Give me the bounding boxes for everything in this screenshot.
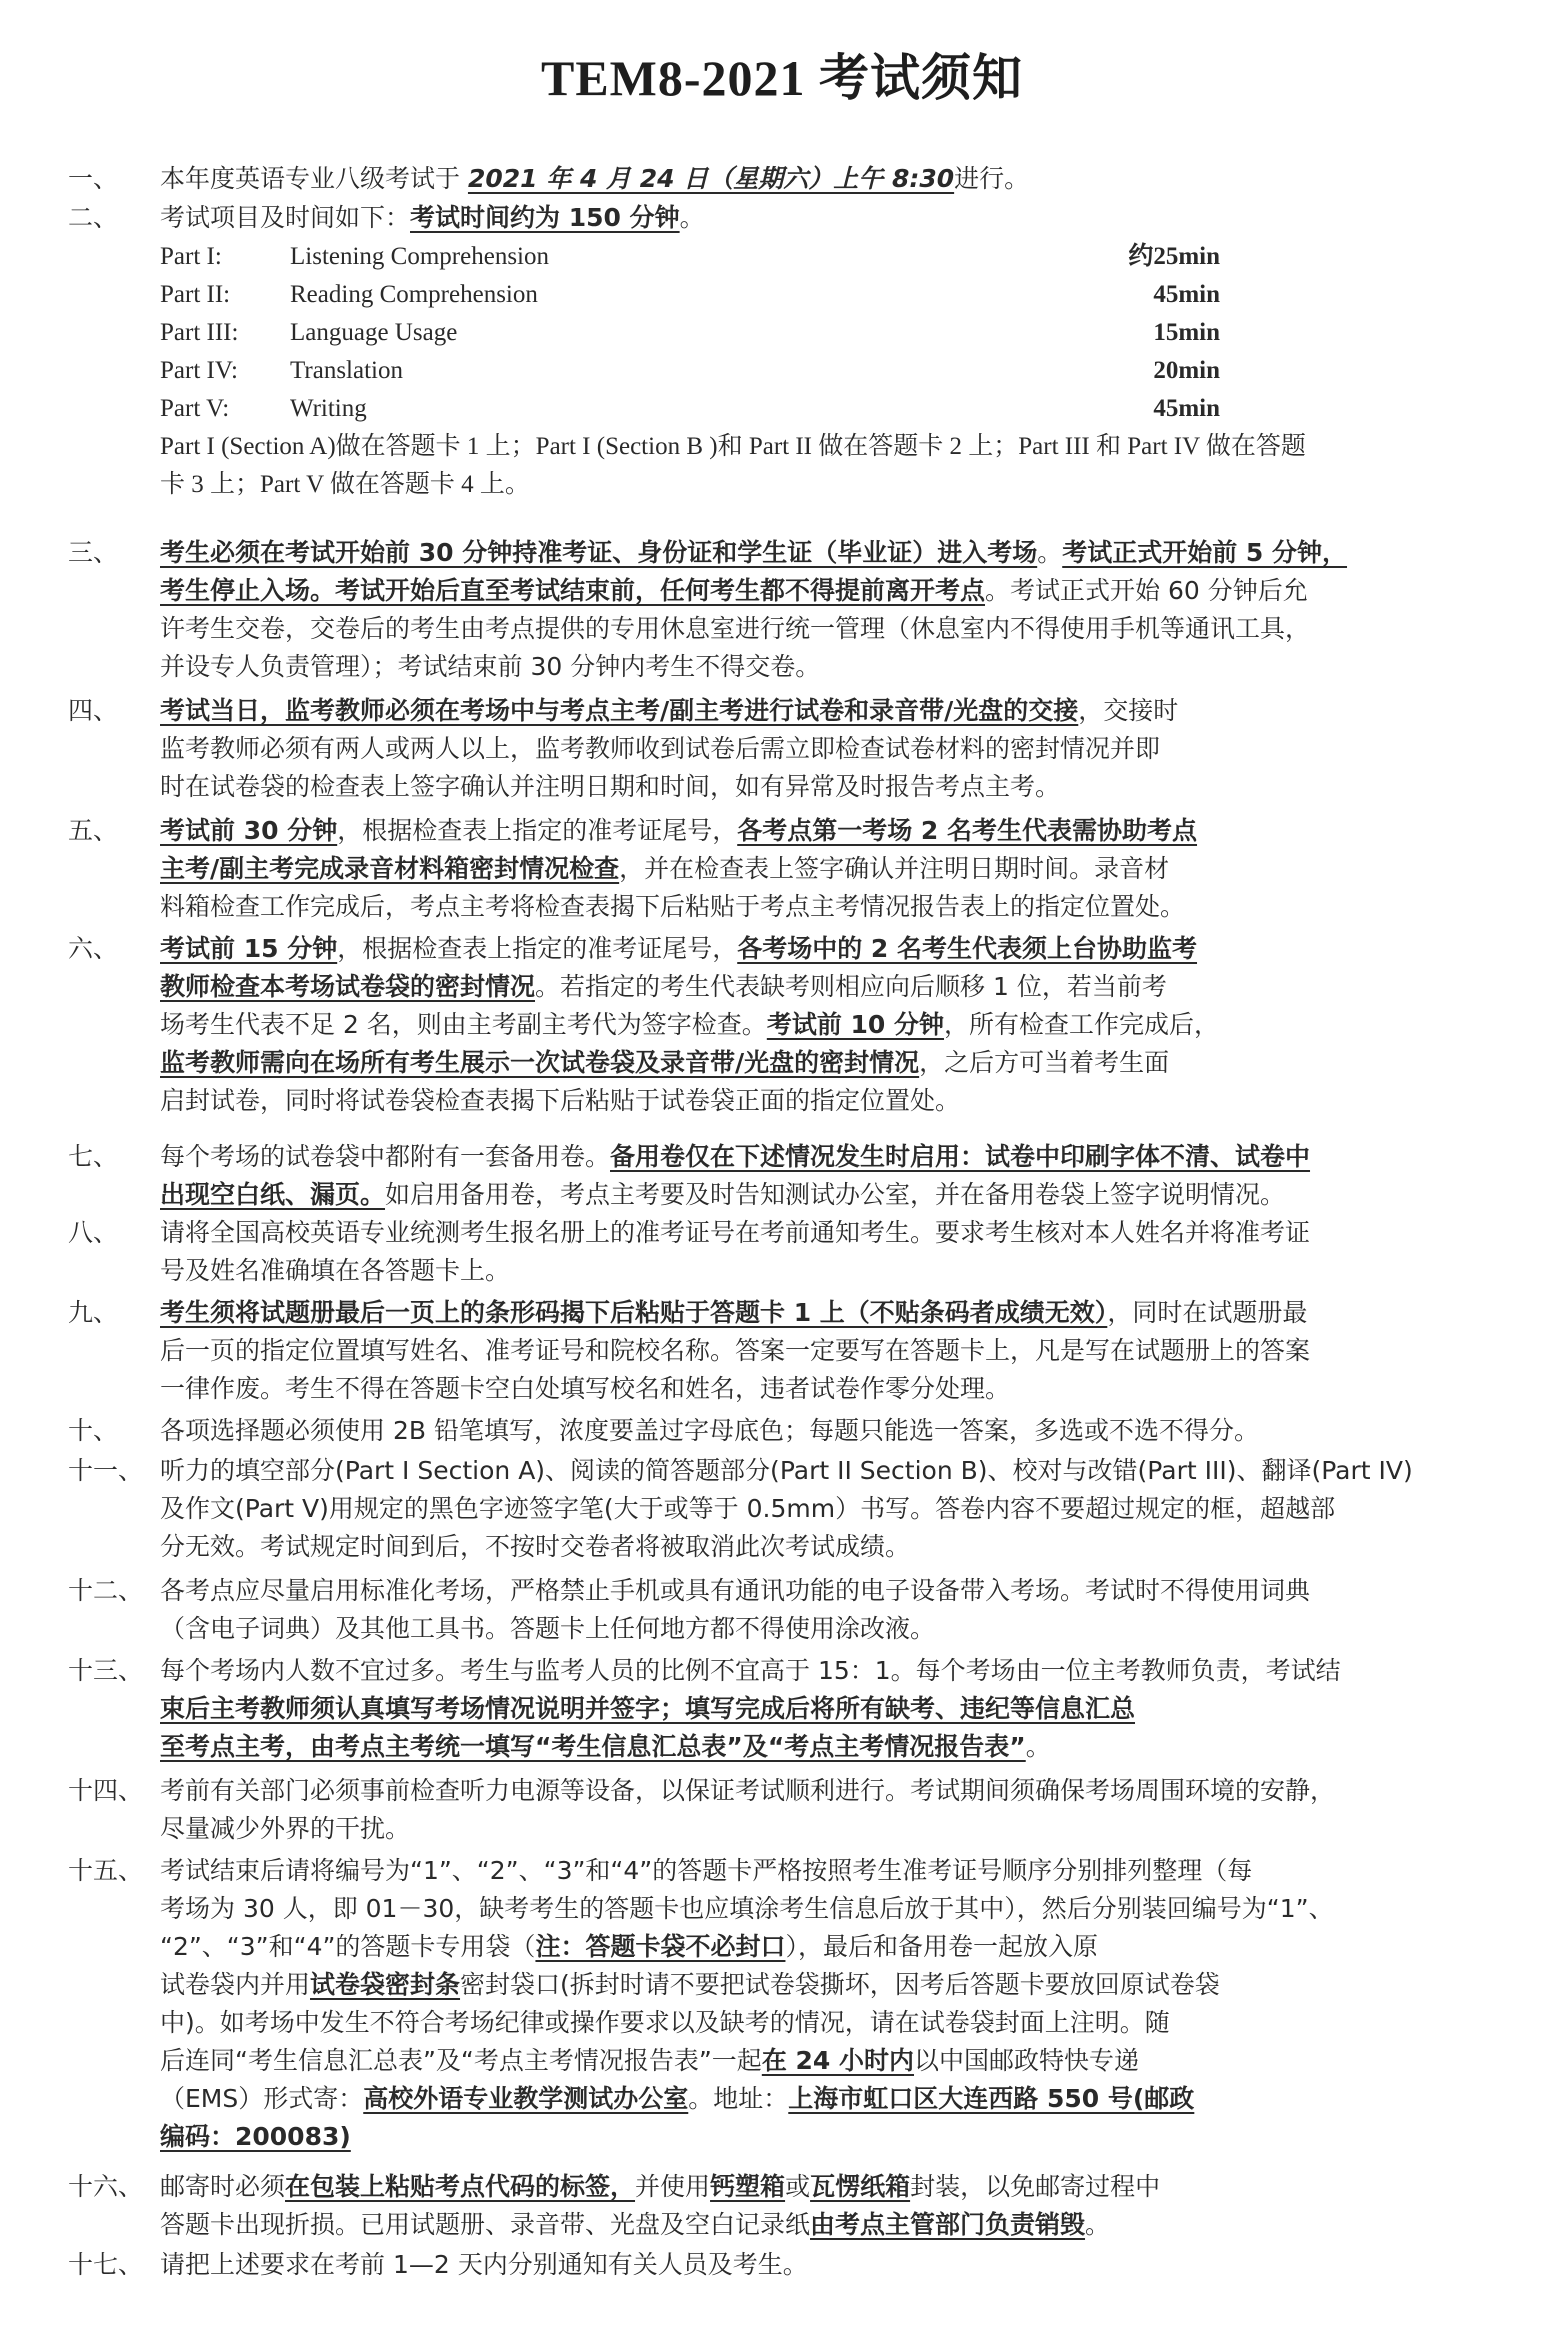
text-segment: 。: [1037, 538, 1062, 567]
part-row: Part IV:Translation20min: [160, 352, 1220, 390]
text-segment: 考试结束后请将编号为“1”、“2”、“3”和“4”的答题卡严格按照考生准考证号顺…: [160, 1856, 1252, 1885]
emphasized-text: 上海市虹口区大连西路 550 号(邮政: [788, 2084, 1194, 2113]
document-page: TEM8-2021 考试须知 一、本年度英语专业八级考试于 2021 年 4 月…: [0, 0, 1564, 2328]
emphasized-text: 钙塑箱: [710, 2172, 785, 2201]
text-segment: 尽量减少外界的干扰。: [160, 1814, 410, 1843]
item-body: 听力的填空部分(Part I Section A)、阅读的简答题部分(Part …: [160, 1452, 1508, 1566]
emphasized-text: 考生须将试题册最后一页上的条形码揭下后粘贴于答题卡 1 上（不贴条码者成绩无效）: [160, 1298, 1107, 1327]
text-segment: 许考生交卷，交卷后的考生由考点提供的专用休息室进行统一管理（休息室内不得使用手机…: [160, 614, 1310, 643]
text-segment: 。考试正式开始 60 分钟后允: [985, 576, 1308, 605]
text-segment: 并使用: [635, 2172, 710, 2201]
emphasized-text: 由考点主管部门负责销毁: [810, 2210, 1085, 2239]
text-segment: 号及姓名准确填在各答题卡上。: [160, 1256, 510, 1285]
text-segment: 进行。: [954, 164, 1029, 193]
text-segment: 启封试卷，同时将试卷袋检查表揭下后粘贴于试卷袋正面的指定位置处。: [160, 1086, 960, 1115]
text-segment: 答题卡出现折损。已用试题册、录音带、光盘及空白记录纸: [160, 2210, 810, 2239]
text-segment: 后一页的指定位置填写姓名、准考证号和院校名称。答案一定要写在答题卡上，凡是写在试…: [160, 1336, 1310, 1365]
text-line: 考试前 15 分钟，根据检查表上指定的准考证尾号，各考场中的 2 名考生代表须上…: [160, 930, 1508, 968]
notice-item: 十六、邮寄时必须在包装上粘贴考点代码的标签，并使用钙塑箱或瓦愣纸箱封装，以免邮寄…: [68, 2168, 1508, 2244]
text-line: 考试结束后请将编号为“1”、“2”、“3”和“4”的答题卡严格按照考生准考证号顺…: [160, 1852, 1508, 1890]
text-line: 各考点应尽量启用标准化考场，严格禁止手机或具有通讯功能的电子设备带入考场。考试时…: [160, 1572, 1508, 1610]
text-line: 监考教师需向在场所有考生展示一次试卷袋及录音带/光盘的密封情况，之后方可当着考生…: [160, 1044, 1508, 1082]
item-body: 邮寄时必须在包装上粘贴考点代码的标签，并使用钙塑箱或瓦愣纸箱封装，以免邮寄过程中…: [160, 2168, 1508, 2244]
text-segment: ），最后和备用卷一起放入原: [785, 1932, 1098, 1961]
text-segment: ，交接时: [1078, 696, 1178, 725]
notice-item: 一、本年度英语专业八级考试于 2021 年 4 月 24 日（星期六）上午 8:…: [68, 160, 1508, 198]
notice-item: 十一、听力的填空部分(Part I Section A)、阅读的简答题部分(Pa…: [68, 1452, 1508, 1566]
text-segment: ，同时在试题册最: [1107, 1298, 1307, 1327]
parts-table: Part I:Listening Comprehension约25minPart…: [160, 238, 1220, 428]
page-title: TEM8-2021 考试须知: [0, 38, 1564, 110]
text-segment: 各考点应尽量启用标准化考场，严格禁止手机或具有通讯功能的电子设备带入考场。考试时…: [160, 1576, 1310, 1605]
text-segment: 中)。如考场中发生不符合考场纪律或操作要求以及缺考的情况，请在试卷袋封面上注明。…: [160, 2008, 1170, 2037]
text-line: 邮寄时必须在包装上粘贴考点代码的标签，并使用钙塑箱或瓦愣纸箱封装，以免邮寄过程中: [160, 2168, 1508, 2206]
text-line: 许考生交卷，交卷后的考生由考点提供的专用休息室进行统一管理（休息室内不得使用手机…: [160, 610, 1508, 648]
text-segment: 考试项目及时间如下：: [160, 203, 410, 232]
text-line: 后一页的指定位置填写姓名、准考证号和院校名称。答案一定要写在答题卡上，凡是写在试…: [160, 1332, 1508, 1370]
item-body: 考试当日，监考教师必须在考场中与考点主考/副主考进行试卷和录音带/光盘的交接，交…: [160, 692, 1508, 806]
emphasized-text: 高校外语专业教学测试办公室: [363, 2084, 688, 2113]
text-segment: 。若指定的考生代表缺考则相应向后顺移 1 位，若当前考: [535, 972, 1167, 1001]
emphasized-text: 编码：200083): [160, 2122, 351, 2151]
item-number: 六、: [68, 930, 160, 968]
text-line: 至考点主考，由考点主考统一填写“考生信息汇总表”及“考点主考情况报告表”。: [160, 1728, 1508, 1766]
text-segment: ，所有检查工作完成后，: [944, 1010, 1219, 1039]
emphasized-text: 考试当日，监考教师必须在考场中与考点主考/副主考进行试卷和录音带/光盘的交接: [160, 696, 1078, 725]
text-segment: 邮寄时必须: [160, 2172, 285, 2201]
emphasized-text: 教师检查本考场试卷袋的密封情况: [160, 972, 535, 1001]
text-line: 考试当日，监考教师必须在考场中与考点主考/副主考进行试卷和录音带/光盘的交接，交…: [160, 692, 1508, 730]
text-line: 出现空白纸、漏页。如启用备用卷，考点主考要及时告知测试办公室，并在备用卷袋上签字…: [160, 1176, 1508, 1214]
notice-item: 五、考试前 30 分钟，根据检查表上指定的准考证尾号，各考点第一考场 2 名考生…: [68, 812, 1508, 926]
emphasized-text: 在包装上粘贴考点代码的标签，: [285, 2172, 635, 2201]
item-body: 考试结束后请将编号为“1”、“2”、“3”和“4”的答题卡严格按照考生准考证号顺…: [160, 1852, 1508, 2156]
part-label: Part I:: [160, 238, 222, 276]
text-segment: ，之后方可当着考生面: [919, 1048, 1169, 1077]
emphasized-text: 考试前 30 分钟: [160, 816, 337, 845]
text-line: 答题卡出现折损。已用试题册、录音带、光盘及空白记录纸由考点主管部门负责销毁。: [160, 2206, 1508, 2244]
part-duration: 15min: [1153, 314, 1220, 352]
text-line: 号及姓名准确填在各答题卡上。: [160, 1252, 1508, 1290]
part-name: Reading Comprehension: [290, 276, 538, 314]
notice-item: 二、考试项目及时间如下：考试时间约为 150 分钟。: [68, 199, 1508, 237]
text-line: 料箱检查工作完成后，考点主考将检查表揭下后粘贴于考点主考情况报告表上的指定位置处…: [160, 888, 1508, 926]
emphasized-text: 备用卷仅在下述情况发生时启用：试卷中印刷字体不清、试卷中: [610, 1142, 1310, 1171]
item-number: 十六、: [68, 2168, 158, 2206]
item-number: 十三、: [68, 1652, 158, 1690]
emphasized-text: 2021 年 4 月 24 日（星期六）上午 8:30: [468, 164, 954, 193]
emphasized-text: 束后主考教师须认真填写考场情况说明并签字；填写完成后将所有缺考、违纪等信息汇总: [160, 1694, 1135, 1723]
emphasized-text: 考试前 10 分钟: [767, 1010, 944, 1039]
text-line: 每个考场内人数不宜过多。考生与监考人员的比例不宜高于 15：1。每个考场由一位主…: [160, 1652, 1508, 1690]
text-segment: ，根据检查表上指定的准考证尾号，: [337, 934, 737, 963]
part-label: Part II:: [160, 276, 230, 314]
item-body: 本年度英语专业八级考试于 2021 年 4 月 24 日（星期六）上午 8:30…: [160, 160, 1508, 198]
emphasized-text: 各考场中的 2 名考生代表须上台协助监考: [737, 934, 1197, 963]
emphasized-text: 各考点第一考场 2 名考生代表需协助考点: [737, 816, 1197, 845]
emphasized-text: 至考点主考，由考点主考统一填写“考生信息汇总表”及“考点主考情况报告表”: [160, 1732, 1026, 1761]
item-number: 二、: [68, 199, 160, 237]
item-body: 考前有关部门必须事前检查听力电源等设备，以保证考试顺利进行。考试期间须确保考场周…: [160, 1772, 1508, 1848]
notice-item: 十、各项选择题必须使用 2B 铅笔填写，浓度要盖过字母底色；每题只能选一答案，多…: [68, 1412, 1508, 1450]
text-line: 考试项目及时间如下：考试时间约为 150 分钟。: [160, 199, 1508, 237]
item-number: 十、: [68, 1412, 160, 1450]
item-body: 请把上述要求在考前 1—2 天内分别通知有关人员及考生。: [160, 2246, 1508, 2284]
text-segment: 。: [1085, 2210, 1110, 2239]
text-segment: 时在试卷袋的检查表上签字确认并注明日期和时间，如有异常及时报告考点主考。: [160, 772, 1060, 801]
text-line: 每个考场的试卷袋中都附有一套备用卷。备用卷仅在下述情况发生时启用：试卷中印刷字体…: [160, 1138, 1508, 1176]
text-segment: 听力的填空部分(Part I Section A)、阅读的简答题部分(Part …: [160, 1456, 1413, 1485]
item-body: 考试前 30 分钟，根据检查表上指定的准考证尾号，各考点第一考场 2 名考生代表…: [160, 812, 1508, 926]
text-line: 考场为 30 人，即 01－30，缺考考生的答题卡也应填涂考生信息后放于其中），…: [160, 1890, 1508, 1928]
item-number: 七、: [68, 1138, 160, 1176]
part-row: Part III:Language Usage15min: [160, 314, 1220, 352]
text-segment: 请将全国高校英语专业统测考生报名册上的准考证号在考前通知考生。要求考生核对本人姓…: [160, 1218, 1310, 1247]
text-line: 分无效。考试规定时间到后，不按时交卷者将被取消此次考试成绩。: [160, 1528, 1508, 1566]
part-row: Part V:Writing45min: [160, 390, 1220, 428]
part-duration: 20min: [1153, 352, 1220, 390]
text-segment: 场考生代表不足 2 名，则由主考副主考代为签字检查。: [160, 1010, 767, 1039]
text-line: 一律作废。考生不得在答题卡空白处填写校名和姓名，违者试卷作零分处理。: [160, 1370, 1508, 1408]
text-segment: 及作文(Part V)用规定的黑色字迹签字笔(大于或等于 0.5mm）书写。答卷…: [160, 1494, 1335, 1523]
text-segment: 。地址：: [688, 2084, 788, 2113]
text-segment: 各项选择题必须使用 2B 铅笔填写，浓度要盖过字母底色；每题只能选一答案，多选或…: [160, 1416, 1259, 1445]
text-segment: ，并在检查表上签字确认并注明日期时间。录音材: [619, 854, 1169, 883]
text-line: 束后主考教师须认真填写考场情况说明并签字；填写完成后将所有缺考、违纪等信息汇总: [160, 1690, 1508, 1728]
part-label: Part V:: [160, 390, 229, 428]
text-line: 场考生代表不足 2 名，则由主考副主考代为签字检查。考试前 10 分钟，所有检查…: [160, 1006, 1508, 1044]
emphasized-text: 出现空白纸、漏页。: [160, 1180, 385, 1209]
text-line: 考生必须在考试开始前 30 分钟持准考证、身份证和学生证（毕业证）进入考场。考试…: [160, 534, 1508, 572]
text-line: 听力的填空部分(Part I Section A)、阅读的简答题部分(Part …: [160, 1452, 1508, 1490]
item-number: 十二、: [68, 1572, 158, 1610]
part-duration: 约25min: [1128, 238, 1220, 276]
notice-item: 九、考生须将试题册最后一页上的条形码揭下后粘贴于答题卡 1 上（不贴条码者成绩无…: [68, 1294, 1508, 1408]
text-segment: 本年度英语专业八级考试于: [160, 164, 468, 193]
notice-item: 十七、请把上述要求在考前 1—2 天内分别通知有关人员及考生。: [68, 2246, 1508, 2284]
text-line: （EMS）形式寄：高校外语专业教学测试办公室。地址：上海市虹口区大连西路 550…: [160, 2080, 1508, 2118]
text-line: （含电子词典）及其他工具书。答题卡上任何地方都不得使用涂改液。: [160, 1610, 1508, 1648]
item-body: 每个考场的试卷袋中都附有一套备用卷。备用卷仅在下述情况发生时启用：试卷中印刷字体…: [160, 1138, 1508, 1214]
emphasized-text: 考生必须在考试开始前 30 分钟持准考证、身份证和学生证（毕业证）进入考场: [160, 538, 1037, 567]
text-line: 教师检查本考场试卷袋的密封情况。若指定的考生代表缺考则相应向后顺移 1 位，若当…: [160, 968, 1508, 1006]
item-number: 十一、: [68, 1452, 158, 1490]
text-segment: “2”、“3”和“4”的答题卡专用袋（: [160, 1932, 535, 1961]
part-label: Part IV:: [160, 352, 238, 390]
part-row: Part II:Reading Comprehension45min: [160, 276, 1220, 314]
part-name: Language Usage: [290, 314, 457, 352]
item-body: 每个考场内人数不宜过多。考生与监考人员的比例不宜高于 15：1。每个考场由一位主…: [160, 1652, 1508, 1766]
notice-item: 八、请将全国高校英语专业统测考生报名册上的准考证号在考前通知考生。要求考生核对本…: [68, 1214, 1508, 1290]
text-line: 尽量减少外界的干扰。: [160, 1810, 1508, 1848]
item-body: 各项选择题必须使用 2B 铅笔填写，浓度要盖过字母底色；每题只能选一答案，多选或…: [160, 1412, 1508, 1450]
text-segment: 并设专人负责管理）；考试结束前 30 分钟内考生不得交卷。: [160, 652, 820, 681]
text-segment: 每个考场内人数不宜过多。考生与监考人员的比例不宜高于 15：1。每个考场由一位主…: [160, 1656, 1341, 1685]
item-body: 考试项目及时间如下：考试时间约为 150 分钟。: [160, 199, 1508, 237]
part-duration: 45min: [1153, 276, 1220, 314]
part-name: Writing: [290, 390, 367, 428]
item-number: 十七、: [68, 2246, 158, 2284]
notice-item: 十三、每个考场内人数不宜过多。考生与监考人员的比例不宜高于 15：1。每个考场由…: [68, 1652, 1508, 1766]
item-number: 八、: [68, 1214, 160, 1252]
text-line: 启封试卷，同时将试卷袋检查表揭下后粘贴于试卷袋正面的指定位置处。: [160, 1082, 1508, 1120]
text-segment: ，根据检查表上指定的准考证尾号，: [337, 816, 737, 845]
text-segment: 。: [1026, 1732, 1051, 1761]
text-line: 卡 3 上；Part V 做在答题卡 4 上。: [160, 466, 1510, 504]
text-segment: 分无效。考试规定时间到后，不按时交卷者将被取消此次考试成绩。: [160, 1532, 910, 1561]
item-number: 四、: [68, 692, 160, 730]
item-number: 三、: [68, 534, 160, 572]
text-line: 及作文(Part V)用规定的黑色字迹签字笔(大于或等于 0.5mm）书写。答卷…: [160, 1490, 1508, 1528]
text-segment: 。: [680, 203, 705, 232]
text-segment: 请把上述要求在考前 1—2 天内分别通知有关人员及考生。: [160, 2250, 808, 2279]
part-duration: 45min: [1153, 390, 1220, 428]
text-line: 考生须将试题册最后一页上的条形码揭下后粘贴于答题卡 1 上（不贴条码者成绩无效）…: [160, 1294, 1508, 1332]
text-segment: 或: [785, 2172, 810, 2201]
text-line: 编码：200083): [160, 2118, 1508, 2156]
part-row: Part I:Listening Comprehension约25min: [160, 238, 1220, 276]
text-line: 考前有关部门必须事前检查听力电源等设备，以保证考试顺利进行。考试期间须确保考场周…: [160, 1772, 1508, 1810]
item-body: 考试前 15 分钟，根据检查表上指定的准考证尾号，各考场中的 2 名考生代表须上…: [160, 930, 1508, 1120]
item-body: 考生必须在考试开始前 30 分钟持准考证、身份证和学生证（毕业证）进入考场。考试…: [160, 534, 1508, 686]
text-line: 考试前 30 分钟，根据检查表上指定的准考证尾号，各考点第一考场 2 名考生代表…: [160, 812, 1508, 850]
text-segment: 料箱检查工作完成后，考点主考将检查表揭下后粘贴于考点主考情况报告表上的指定位置处…: [160, 892, 1185, 921]
item-number: 一、: [68, 160, 160, 198]
notice-item: 三、考生必须在考试开始前 30 分钟持准考证、身份证和学生证（毕业证）进入考场。…: [68, 534, 1508, 686]
text-line: 考生停止入场。考试开始后直至考试结束前，任何考生都不得提前离开考点。考试正式开始…: [160, 572, 1508, 610]
item-body: 考生须将试题册最后一页上的条形码揭下后粘贴于答题卡 1 上（不贴条码者成绩无效）…: [160, 1294, 1508, 1408]
text-segment: 以中国邮政特快专递: [914, 2046, 1139, 2075]
item-number: 十五、: [68, 1852, 158, 1890]
part-label: Part III:: [160, 314, 238, 352]
text-segment: 考前有关部门必须事前检查听力电源等设备，以保证考试顺利进行。考试期间须确保考场周…: [160, 1776, 1335, 1805]
item-number: 十四、: [68, 1772, 158, 1810]
notice-item: 十二、各考点应尽量启用标准化考场，严格禁止手机或具有通讯功能的电子设备带入考场。…: [68, 1572, 1508, 1648]
answer-sheet-note: Part I (Section A)做在答题卡 1 上；Part I (Sect…: [160, 428, 1510, 504]
emphasized-text: 监考教师需向在场所有考生展示一次试卷袋及录音带/光盘的密封情况: [160, 1048, 919, 1077]
text-segment: 考场为 30 人，即 01－30，缺考考生的答题卡也应填涂考生信息后放于其中），…: [160, 1894, 1334, 1923]
text-segment: 监考教师必须有两人或两人以上，监考教师收到试卷后需立即检查试卷材料的密封情况并即: [160, 734, 1160, 763]
text-segment: 试卷袋内并用: [160, 1970, 310, 1999]
emphasized-text: 考试时间约为 150 分钟: [410, 203, 680, 232]
text-segment: （EMS）形式寄：: [160, 2084, 363, 2113]
part-name: Listening Comprehension: [290, 238, 549, 276]
notice-item: 十五、考试结束后请将编号为“1”、“2”、“3”和“4”的答题卡严格按照考生准考…: [68, 1852, 1508, 2156]
emphasized-text: 试卷袋密封条: [310, 1970, 460, 1999]
emphasized-text: 考试正式开始前 5 分钟，: [1062, 538, 1347, 567]
text-line: 中)。如考场中发生不符合考场纪律或操作要求以及缺考的情况，请在试卷袋封面上注明。…: [160, 2004, 1508, 2042]
text-line: 监考教师必须有两人或两人以上，监考教师收到试卷后需立即检查试卷材料的密封情况并即: [160, 730, 1508, 768]
text-segment: （含电子词典）及其他工具书。答题卡上任何地方都不得使用涂改液。: [160, 1614, 935, 1643]
text-line: 时在试卷袋的检查表上签字确认并注明日期和时间，如有异常及时报告考点主考。: [160, 768, 1508, 806]
emphasized-text: 主考/副主考完成录音材料箱密封情况检查: [160, 854, 619, 883]
item-body: 请将全国高校英语专业统测考生报名册上的准考证号在考前通知考生。要求考生核对本人姓…: [160, 1214, 1508, 1290]
item-number: 九、: [68, 1294, 160, 1332]
emphasized-text: 在 24 小时内: [762, 2046, 914, 2075]
text-line: “2”、“3”和“4”的答题卡专用袋（注：答题卡袋不必封口），最后和备用卷一起放…: [160, 1928, 1508, 1966]
text-line: 试卷袋内并用试卷袋密封条密封袋口(拆封时请不要把试卷袋撕坏，因考后答题卡要放回原…: [160, 1966, 1508, 2004]
text-line: Part I (Section A)做在答题卡 1 上；Part I (Sect…: [160, 428, 1510, 466]
text-segment: 后连同“考生信息汇总表”及“考点主考情况报告表”一起: [160, 2046, 762, 2075]
emphasized-text: 瓦愣纸箱: [810, 2172, 910, 2201]
text-segment: 密封袋口(拆封时请不要把试卷袋撕坏，因考后答题卡要放回原试卷袋: [460, 1970, 1220, 1999]
text-line: 请将全国高校英语专业统测考生报名册上的准考证号在考前通知考生。要求考生核对本人姓…: [160, 1214, 1508, 1252]
text-line: 请把上述要求在考前 1—2 天内分别通知有关人员及考生。: [160, 2246, 1508, 2284]
text-segment: 每个考场的试卷袋中都附有一套备用卷。: [160, 1142, 610, 1171]
text-line: 各项选择题必须使用 2B 铅笔填写，浓度要盖过字母底色；每题只能选一答案，多选或…: [160, 1412, 1508, 1450]
item-body: 各考点应尽量启用标准化考场，严格禁止手机或具有通讯功能的电子设备带入考场。考试时…: [160, 1572, 1508, 1648]
text-segment: 一律作废。考生不得在答题卡空白处填写校名和姓名，违者试卷作零分处理。: [160, 1374, 1010, 1403]
notice-item: 七、每个考场的试卷袋中都附有一套备用卷。备用卷仅在下述情况发生时启用：试卷中印刷…: [68, 1138, 1508, 1214]
emphasized-text: 考试前 15 分钟: [160, 934, 337, 963]
item-number: 五、: [68, 812, 160, 850]
emphasized-text: 考生停止入场。考试开始后直至考试结束前，任何考生都不得提前离开考点: [160, 576, 985, 605]
notice-item: 四、考试当日，监考教师必须在考场中与考点主考/副主考进行试卷和录音带/光盘的交接…: [68, 692, 1508, 806]
notice-item: 六、考试前 15 分钟，根据检查表上指定的准考证尾号，各考场中的 2 名考生代表…: [68, 930, 1508, 1120]
text-line: 并设专人负责管理）；考试结束前 30 分钟内考生不得交卷。: [160, 648, 1508, 686]
text-segment: 封装，以免邮寄过程中: [910, 2172, 1160, 2201]
text-segment: 如启用备用卷，考点主考要及时告知测试办公室，并在备用卷袋上签字说明情况。: [385, 1180, 1285, 1209]
text-line: 本年度英语专业八级考试于 2021 年 4 月 24 日（星期六）上午 8:30…: [160, 160, 1508, 198]
text-line: 后连同“考生信息汇总表”及“考点主考情况报告表”一起在 24 小时内以中国邮政特…: [160, 2042, 1508, 2080]
text-line: 主考/副主考完成录音材料箱密封情况检查，并在检查表上签字确认并注明日期时间。录音…: [160, 850, 1508, 888]
emphasized-text: 注：答题卡袋不必封口: [535, 1932, 785, 1961]
part-name: Translation: [290, 352, 403, 390]
notice-item: 十四、考前有关部门必须事前检查听力电源等设备，以保证考试顺利进行。考试期间须确保…: [68, 1772, 1508, 1848]
